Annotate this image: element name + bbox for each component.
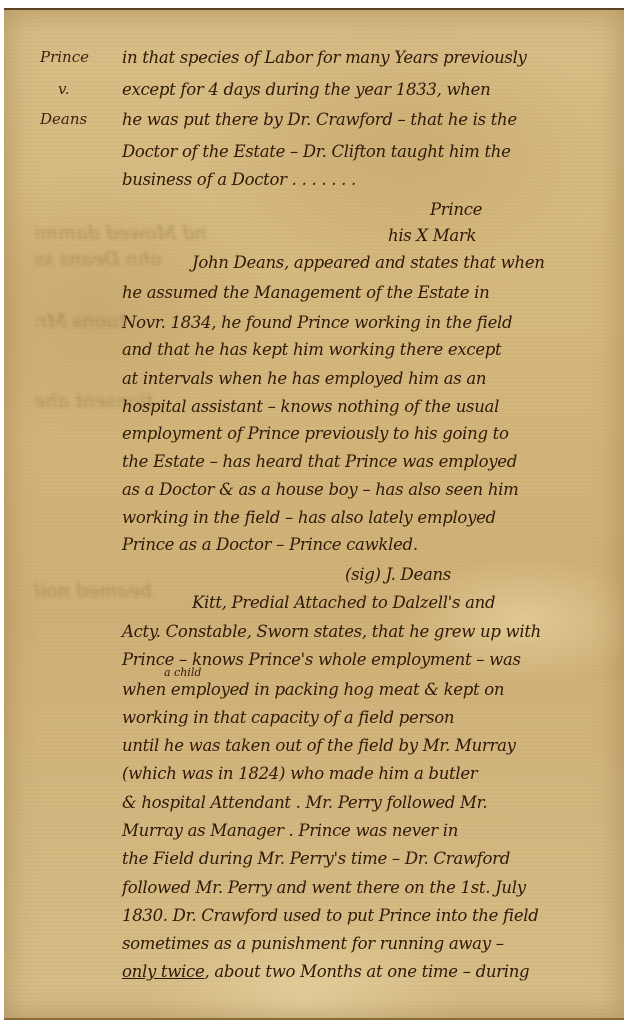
text-line: Novr. 1834, he found Prince working in t…: [122, 313, 622, 332]
text-line: as a Doctor & as a house boy – has also …: [122, 480, 622, 499]
text-line: Doctor of the Estate – Dr. Clifton taugh…: [122, 142, 622, 161]
bleed-through-text: ahn Deans ss: [34, 248, 161, 270]
margin-note-versus: v.: [58, 80, 69, 98]
text-line: working in that capacity of a field pers…: [122, 708, 622, 727]
text-line: 1830. Dr. Crawford used to put Prince in…: [122, 906, 622, 925]
text-line: and that he has kept him working there e…: [122, 340, 622, 359]
text-line: hospital assistant – knows nothing of th…: [122, 397, 622, 416]
signatory-mark: his X Mark: [388, 226, 629, 245]
text-line: until he was taken out of the field by M…: [122, 736, 622, 755]
margin-note-defendant: Deans: [40, 110, 87, 128]
text-line: followed Mr. Perry and went there on the…: [122, 878, 622, 897]
bleed-through-text: nd Mowed dammi: [34, 222, 207, 244]
text-line: & hospital Attendant . Mr. Perry followe…: [122, 793, 622, 812]
text-line: he assumed the Management of the Estate …: [122, 283, 622, 302]
underlined-phrase: only twice: [122, 962, 204, 981]
text-line: Kitt, Predial Attached to Dalzell's and: [192, 593, 629, 612]
margin-note-plaintiff: Prince: [40, 48, 89, 66]
text-line: the Field during Mr. Perry's time – Dr. …: [122, 849, 622, 868]
text-line: sometimes as a punishment for running aw…: [122, 934, 622, 953]
text-line: employment of Prince previously to his g…: [122, 424, 622, 443]
signatory-name: Prince: [430, 200, 629, 219]
text-line: the Estate – has heard that Prince was e…: [122, 452, 622, 471]
text-line: John Deans, appeared and states that whe…: [192, 253, 629, 272]
text-line: he was put there by Dr. Crawford – that …: [122, 110, 622, 129]
bleed-through-text: tuons Mr.: [34, 310, 126, 332]
interlinear-insertion: a child: [164, 666, 201, 679]
text-line: business of a Doctor . . . . . . .: [122, 170, 622, 189]
text-line: Acty. Constable, Sworn states, that he g…: [122, 622, 622, 641]
text-line: Murray as Manager . Prince was never in: [122, 821, 622, 840]
bleed-through-text: beamed noil: [34, 580, 152, 602]
text-line-last: only twice, about two Months at one time…: [122, 962, 622, 981]
text-line: Prince as a Doctor – Prince cawkled.: [122, 535, 622, 554]
text-line: except for 4 days during the year 1833, …: [122, 80, 622, 99]
text-fragment: , about two Months at one time – during: [204, 962, 529, 981]
signature-deans: (sig) J. Deans: [345, 565, 629, 584]
text-line: in that species of Labor for many Years …: [122, 48, 622, 67]
text-line: working in the field – has also lately e…: [122, 508, 622, 527]
text-line: at intervals when he has employed him as…: [122, 369, 622, 388]
text-line: (which was in 1824) who made him a butle…: [122, 764, 622, 783]
text-line: when employed in packing hog meat & kept…: [122, 680, 622, 699]
